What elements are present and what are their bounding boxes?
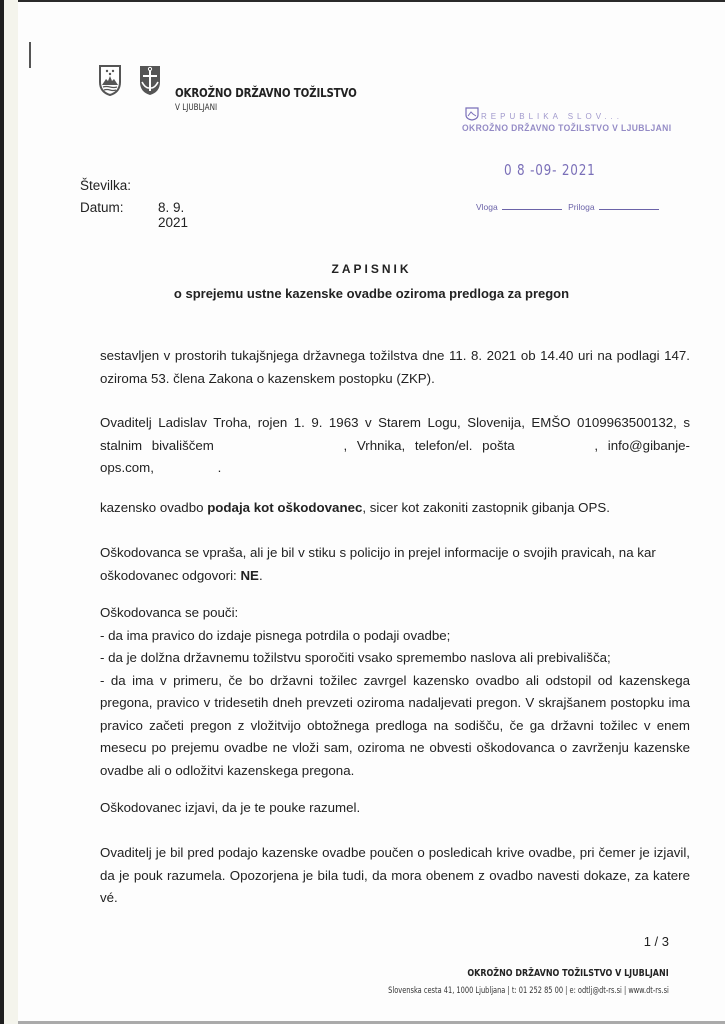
paragraph-police-question: Oškodovanca se vpraša, ali je bil v stik… [100,542,690,587]
stamp-organization: OKROŽNO DRŽAVNO TOŽILSTVO V LJUBLJANI [462,123,671,133]
document-page: OKROŽNO DRŽAVNO TOŽILSTVO V LJUBLJANI RE… [18,2,725,1022]
page-number: 1 / 3 [644,934,669,949]
filing-text-b: , sicer kot zakoniti zastopnik gibanja O… [362,500,610,515]
instruction-item: - da ima pravico do izdaje pisnega potrd… [100,625,690,648]
document-title: ZAPISNIK [18,262,725,276]
date-row: Datum: 8. 9. 2021 [80,200,124,215]
stamp-fields: Vloga Priloga [476,202,663,212]
complainant-text-d: . [218,460,222,475]
answer-period: . [259,568,263,583]
question-text: Oškodovanca se vpraša, ali je bil v stik… [100,545,656,583]
paragraph-instructions: Oškodovanca se pouči: - da ima pravico d… [100,602,690,782]
prosecution-emblem-icon [138,64,162,96]
instructions-intro: Oškodovanca se pouči: [100,602,690,625]
paragraph-filing: kazensko ovadbo podaja kot oškodovanec, … [100,497,690,520]
complainant-text-b: , Vrhnika, telefon/el. pošta [344,438,515,453]
instruction-item: - da ima v primeru, če bo državni tožile… [100,670,690,783]
filing-text-bold: podaja kot oškodovanec [207,500,362,515]
page-strip [4,0,18,1024]
organization-name: OKROŽNO DRŽAVNO TOŽILSTVO [175,85,357,100]
paragraph-false-report-warning: Ovaditelj je bil pred podajo kazenske ov… [100,842,690,910]
punch-mark [29,42,31,68]
footer-organization: OKROŽNO DRŽAVNO TOŽILSTVO V LJUBLJANI [468,968,669,979]
stamp-priloga-label: Priloga [568,202,594,212]
organization-location: V LJUBLJANI [175,103,217,113]
stamp-date: 0 8 -09- 2021 [504,161,596,179]
stamp-emblem-icon [465,107,479,121]
stamp-vloga-label: Vloga [476,202,498,212]
received-stamp: REPUBLIKA SLOV... OKROŽNO DRŽAVNO TOŽILS… [458,106,725,226]
instruction-item: - da je dolžna državnemu tožilstvu sporo… [100,647,690,670]
paragraph-understood: Oškodovanec izjavi, da je te pouke razum… [100,797,690,820]
paragraph-composed: sestavljen v prostorih tukajšnjega držav… [100,345,690,390]
paragraph-complainant: Ovaditelj Ladislav Troha, rojen 1. 9. 19… [100,412,690,480]
slovenia-coat-of-arms-icon [98,64,122,96]
document-subtitle: o sprejemu ustne kazenske ovadbe oziroma… [18,286,725,301]
date-value: 8. 9. 2021 [158,200,188,230]
filing-text-a: kazensko ovadbo [100,500,207,515]
stamp-republic: REPUBLIKA SLOV... [481,112,623,121]
date-label: Datum: [80,200,124,215]
footer-address: Slovenska cesta 41, 1000 Ljubljana | t: … [388,986,669,996]
answer-text: NE [240,568,258,583]
number-label: Številka: [80,178,131,193]
number-row: Številka: [80,178,131,193]
